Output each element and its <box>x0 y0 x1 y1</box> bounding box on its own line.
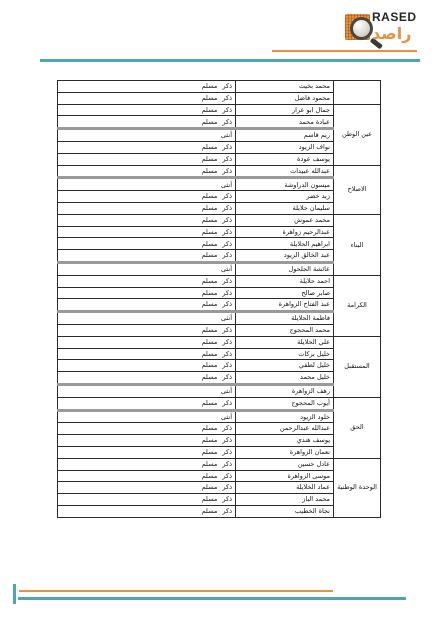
gender-religion-cell: ذكر مسلم <box>58 482 236 494</box>
candidate-name-cell: محمود فاضل <box>236 92 334 104</box>
gender-religion-cell: ذكر مسلم <box>58 348 236 360</box>
list-group-cell: عين الوطن <box>334 104 381 165</box>
gender-religion-cell: أنثى <box>58 178 236 191</box>
table-row: نواف الزيودذكر مسلم <box>58 141 381 153</box>
table-row: الوحدة الوطنيةعادل حسينذكر مسلم <box>58 458 381 470</box>
candidate-name-cell: محمد الباز <box>236 494 334 506</box>
magnifier-icon <box>350 17 373 40</box>
gender-religion-cell: ذكر مسلم <box>58 226 236 238</box>
candidate-name-cell: نواف الزيود <box>236 141 334 153</box>
table-row: سليمان حلايلةذكر مسلم <box>58 202 381 214</box>
candidate-name-cell: ريم قاسم <box>236 129 334 142</box>
candidate-name-cell: علي الحلايلة <box>236 336 334 348</box>
report-page: RASED راصد محمد بخيتذكر مسلممحمود فاضلذك… <box>0 0 440 623</box>
gender-religion-cell: ذكر مسلم <box>58 397 236 410</box>
list-group-cell: الحق <box>334 397 381 458</box>
gender-religion-cell: ذكر مسلم <box>58 372 236 385</box>
table-row: عبد الخالق الزيودذكر مسلم <box>58 250 381 263</box>
header-accent-line-teal <box>40 59 420 62</box>
gender-religion-cell: ذكر مسلم <box>58 250 236 263</box>
table-row: نعمان الزواهرةذكر مسلم <box>58 446 381 458</box>
candidate-name-cell: عادل حسين <box>236 458 334 470</box>
candidate-name-cell: يوسف هندي <box>236 435 334 447</box>
candidate-name-cell: خلود الزيود <box>236 410 334 423</box>
table-row: الكرامةاحمد حلايلةذكر مسلم <box>58 275 381 287</box>
candidate-name-cell: صابر صالح <box>236 287 334 299</box>
table-row: عين الوطنجمال ابو عرارذكر مسلم <box>58 104 381 116</box>
candidate-name-cell: جمال ابو عرار <box>236 104 334 116</box>
gender-religion-cell: ذكر مسلم <box>58 505 236 517</box>
footer-accent-line-teal <box>18 597 406 600</box>
gender-religion-cell: ذكر مسلم <box>58 324 236 336</box>
gender-religion-cell: أنثى <box>58 312 236 325</box>
list-group-cell: المستقبل <box>334 336 381 397</box>
gender-religion-cell: ذكر مسلم <box>58 153 236 165</box>
table-row: عبد الفتاح الزواهرةذكر مسلم <box>58 299 381 312</box>
table-row: رهف الزواهرةأنثى <box>58 384 381 397</box>
candidate-name-cell: سليمان حلايلة <box>236 202 334 214</box>
gender-religion-cell: ذكر مسلم <box>58 446 236 458</box>
candidate-name-cell: خليل لطفي <box>236 360 334 372</box>
table-row: زيد خضرذكر مسلم <box>58 191 381 203</box>
gender-religion-cell: ذكر مسلم <box>58 238 236 250</box>
footer-accent-tick-teal <box>13 584 16 604</box>
table-row: الحقأيوب المحجوجذكر مسلم <box>58 397 381 410</box>
table-row: ميسون الدراوشةأنثى <box>58 178 381 191</box>
table-row: يوسف هنديذكر مسلم <box>58 435 381 447</box>
list-group-cell: البناء <box>334 214 381 275</box>
table-row: خليل محمدذكر مسلم <box>58 372 381 385</box>
gender-religion-cell: أنثى <box>58 262 236 275</box>
candidate-name-cell: محمد المحجوج <box>236 324 334 336</box>
table-row: عبدالرحيم زواهرةذكر مسلم <box>58 226 381 238</box>
gender-religion-cell: ذكر مسلم <box>58 116 236 129</box>
table-row: فاطمة الحلايلةأنثى <box>58 312 381 325</box>
table-row: محمود فاضلذكر مسلم <box>58 92 381 104</box>
candidate-name-cell: رهف الزواهرة <box>236 384 334 397</box>
gender-religion-cell: ذكر مسلم <box>58 191 236 203</box>
table-row: خليل لطفيذكر مسلم <box>58 360 381 372</box>
list-group-cell <box>334 81 381 105</box>
table-row: صابر صالحذكر مسلم <box>58 287 381 299</box>
candidate-name-cell: عائشة الجلحول <box>236 262 334 275</box>
gender-religion-cell: ذكر مسلم <box>58 202 236 214</box>
gender-religion-cell: ذكر مسلم <box>58 165 236 178</box>
candidate-name-cell: زيد خضر <box>236 191 334 203</box>
candidate-name-cell: عبدالرحيم زواهرة <box>236 226 334 238</box>
table-row: نجاة الخطيبذكر مسلم <box>58 505 381 517</box>
gender-religion-cell: ذكر مسلم <box>58 360 236 372</box>
candidate-name-cell: أيوب المحجوج <box>236 397 334 410</box>
gender-religion-cell: ذكر مسلم <box>58 287 236 299</box>
footer-accent-line-orange <box>19 590 333 592</box>
table-row: ابراهيم الحلايلةذكر مسلم <box>58 238 381 250</box>
gender-religion-cell: أنثى <box>58 129 236 142</box>
rased-logo: RASED راصد <box>344 10 434 46</box>
header-accent-line-orange <box>272 50 417 52</box>
candidate-name-cell: عبدالله عبدالرحمن <box>236 423 334 435</box>
candidate-name-cell: نجاة الخطيب <box>236 505 334 517</box>
candidate-name-cell: ميسون الدراوشة <box>236 178 334 191</box>
candidate-name-cell: محمد بخيت <box>236 81 334 93</box>
table-row: محمد بخيتذكر مسلم <box>58 81 381 93</box>
gender-religion-cell: ذكر مسلم <box>58 336 236 348</box>
candidate-name-cell: يوسف عودة <box>236 153 334 165</box>
table-row: موسى الزواهرةذكر مسلم <box>58 470 381 482</box>
gender-religion-cell: أنثى <box>58 410 236 423</box>
candidate-name-cell: احمد حلايلة <box>236 275 334 287</box>
candidate-name-cell: فاطمة الحلايلة <box>236 312 334 325</box>
gender-religion-cell: ذكر مسلم <box>58 214 236 226</box>
gender-religion-cell: ذكر مسلم <box>58 458 236 470</box>
candidate-name-cell: خليل بركات <box>236 348 334 360</box>
list-group-cell: الوحدة الوطنية <box>334 458 381 517</box>
table-row: يوسف عودةذكر مسلم <box>58 153 381 165</box>
candidate-name-cell: عبدالله عبيدات <box>236 165 334 178</box>
candidate-name-cell: عبد الفتاح الزواهرة <box>236 299 334 312</box>
gender-religion-cell: ذكر مسلم <box>58 435 236 447</box>
candidate-name-cell: موسى الزواهرة <box>236 470 334 482</box>
gender-religion-cell: ذكر مسلم <box>58 423 236 435</box>
table-row: خلود الزيودأنثى <box>58 410 381 423</box>
candidate-name-cell: نعمان الزواهرة <box>236 446 334 458</box>
table-row: عبادة محمدذكر مسلم <box>58 116 381 129</box>
table-row: المستقبلعلي الحلايلةذكر مسلم <box>58 336 381 348</box>
gender-religion-cell: ذكر مسلم <box>58 81 236 93</box>
table-row: عبدالله عبدالرحمنذكر مسلم <box>58 423 381 435</box>
table-row: عائشة الجلحولأنثى <box>58 262 381 275</box>
gender-religion-cell: ذكر مسلم <box>58 299 236 312</box>
candidate-name-cell: عماد الخلايلة <box>236 482 334 494</box>
gender-religion-cell: أنثى <box>58 384 236 397</box>
gender-religion-cell: ذكر مسلم <box>58 141 236 153</box>
candidate-name-cell: خليل محمد <box>236 372 334 385</box>
table-row: البناءمحمد عموشذكر مسلم <box>58 214 381 226</box>
list-group-cell: الاصلاح <box>334 165 381 214</box>
candidate-name-cell: محمد عموش <box>236 214 334 226</box>
table-row: ريم قاسمأنثى <box>58 129 381 142</box>
candidate-name-cell: عبد الخالق الزيود <box>236 250 334 263</box>
gender-religion-cell: ذكر مسلم <box>58 275 236 287</box>
candidates-table: محمد بخيتذكر مسلممحمود فاضلذكر مسلمعين ا… <box>57 80 381 518</box>
gender-religion-cell: ذكر مسلم <box>58 92 236 104</box>
gender-religion-cell: ذكر مسلم <box>58 104 236 116</box>
candidate-name-cell: ابراهيم الحلايلة <box>236 238 334 250</box>
gender-religion-cell: ذكر مسلم <box>58 470 236 482</box>
table-row: محمد البازذكر مسلم <box>58 494 381 506</box>
table-row: الاصلاحعبدالله عبيداتذكر مسلم <box>58 165 381 178</box>
table-row: خليل بركاتذكر مسلم <box>58 348 381 360</box>
table-row: عماد الخلايلةذكر مسلم <box>58 482 381 494</box>
gender-religion-cell: ذكر مسلم <box>58 494 236 506</box>
brand-name-arabic: راصد <box>372 21 430 47</box>
table-row: محمد المحجوجذكر مسلم <box>58 324 381 336</box>
candidate-name-cell: عبادة محمد <box>236 116 334 129</box>
list-group-cell: الكرامة <box>334 275 381 336</box>
